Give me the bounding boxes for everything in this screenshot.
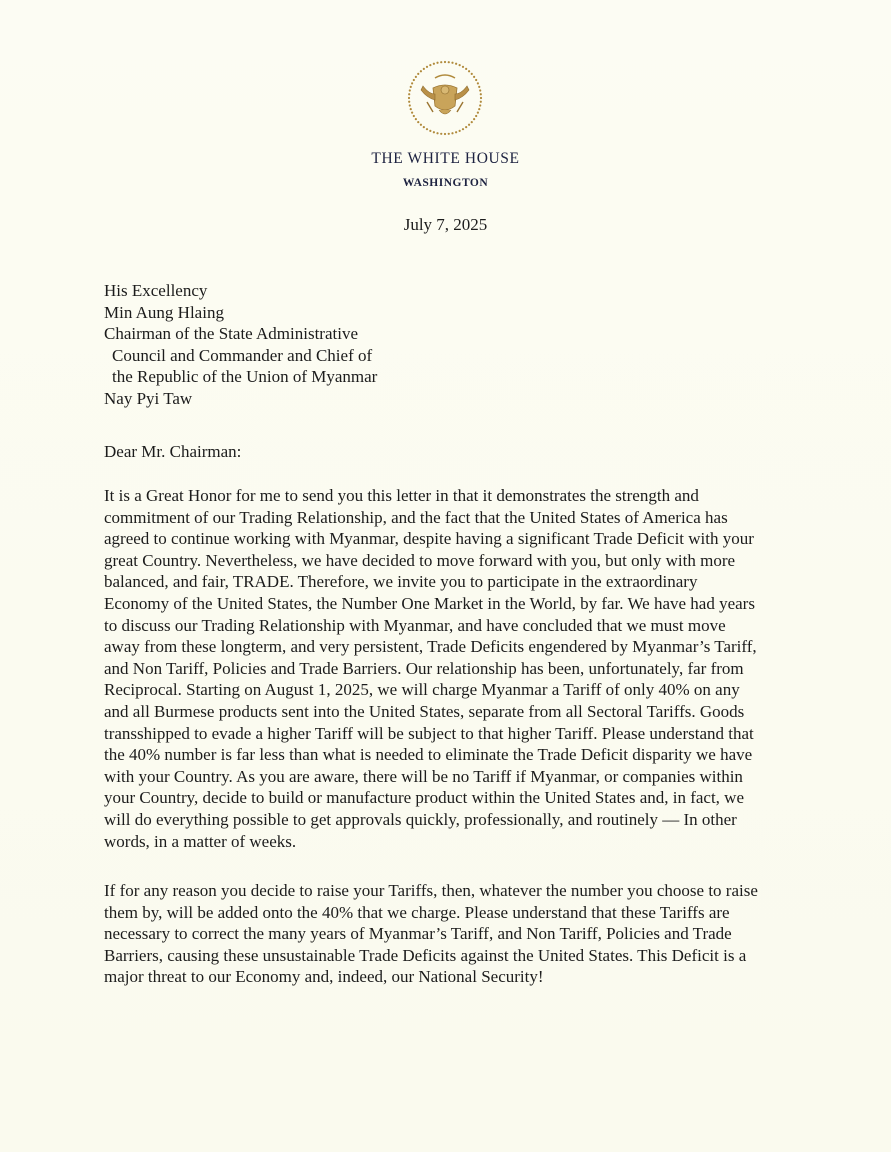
paragraph-line: with your Country. As you are aware, the… — [104, 766, 757, 788]
address-line: Nay Pyi Taw — [104, 388, 377, 410]
address-line: His Excellency — [104, 280, 377, 302]
address-line: Chairman of the State Administrative — [104, 323, 377, 345]
paragraph-line: and Non Tariff, Policies and Trade Barri… — [104, 658, 757, 680]
body-paragraph-1: It is a Great Honor for me to send you t… — [104, 485, 757, 852]
salutation: Dear Mr. Chairman: — [104, 441, 241, 463]
paragraph-line: will do everything possible to get appro… — [104, 809, 757, 831]
paragraph-line: agreed to continue working with Myanmar,… — [104, 528, 757, 550]
paragraph-line: the 40% number is far less than what is … — [104, 744, 757, 766]
paragraph-line: transshipped to evade a higher Tariff wi… — [104, 723, 757, 745]
paragraph-line: balanced, and fair, TRADE. Therefore, we… — [104, 571, 757, 593]
paragraph-line: Barriers, causing these unsustainable Tr… — [104, 945, 758, 967]
presidential-seal-icon — [405, 58, 485, 138]
paragraph-line: words, in a matter of weeks. — [104, 831, 757, 853]
letterhead-subtitle: WASHINGTON — [0, 177, 891, 189]
paragraph-line: It is a Great Honor for me to send you t… — [104, 485, 757, 507]
paragraph-line: major threat to our Economy and, indeed,… — [104, 966, 758, 988]
paragraph-line: to discuss our Trading Relationship with… — [104, 615, 757, 637]
paragraph-line: Economy of the United States, the Number… — [104, 593, 757, 615]
recipient-address: His Excellency Min Aung Hlaing Chairman … — [104, 280, 377, 409]
paragraph-line: and all Burmese products sent into the U… — [104, 701, 757, 723]
paragraph-line: necessary to correct the many years of M… — [104, 923, 758, 945]
paragraph-line: them by, will be added onto the 40% that… — [104, 902, 758, 924]
paragraph-line: If for any reason you decide to raise yo… — [104, 880, 758, 902]
address-line: Min Aung Hlaing — [104, 302, 377, 324]
letterhead-title: THE WHITE HOUSE — [0, 150, 891, 168]
address-line: the Republic of the Union of Myanmar — [104, 366, 377, 388]
paragraph-line: away from these longterm, and very persi… — [104, 636, 757, 658]
body-paragraph-2: If for any reason you decide to raise yo… — [104, 880, 758, 988]
paragraph-line: Reciprocal. Starting on August 1, 2025, … — [104, 679, 757, 701]
letter-date: July 7, 2025 — [0, 215, 891, 235]
letter-page: THE WHITE HOUSE WASHINGTON July 7, 2025 … — [0, 0, 891, 1152]
address-line: Council and Commander and Chief of — [104, 345, 377, 367]
paragraph-line: commitment of our Trading Relationship, … — [104, 507, 757, 529]
paragraph-line: your Country, decide to build or manufac… — [104, 787, 757, 809]
paragraph-line: great Country. Nevertheless, we have dec… — [104, 550, 757, 572]
